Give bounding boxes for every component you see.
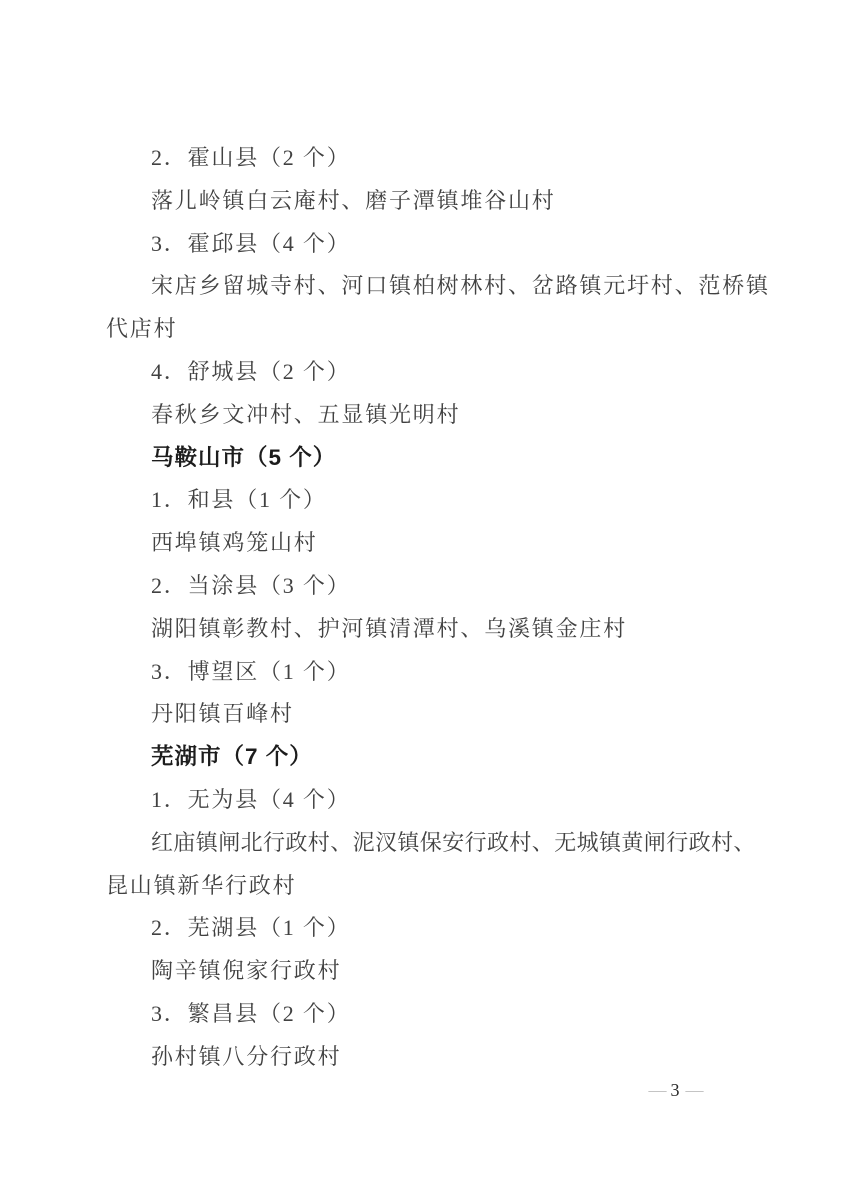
village-list-huoshan: 落儿岭镇白云庵村、磨子潭镇堆谷山村 <box>106 180 786 223</box>
county-heading-huoqiu: 3．霍邱县（4 个） <box>106 223 786 266</box>
county-heading-wuwei: 1．无为县（4 个） <box>106 779 786 822</box>
village-list-wuwei-cont: 昆山镇新华行政村 <box>106 865 786 908</box>
footer-left-dash: — <box>643 1080 671 1100</box>
document-body: 2．霍山县（2 个） 落儿岭镇白云庵村、磨子潭镇堆谷山村 3．霍邱县（4 个） … <box>106 137 786 1079</box>
county-heading-dangtu: 2．当涂县（3 个） <box>106 565 786 608</box>
village-list-hexian: 西埠镇鸡笼山村 <box>106 522 786 565</box>
village-list-huoqiu: 宋店乡留城寺村、河口镇柏树林村、岔路镇元圩村、范桥镇 <box>106 265 786 308</box>
footer-right-dash: — <box>680 1080 708 1100</box>
city-heading-maanshan: 马鞍山市（5 个） <box>106 437 786 480</box>
village-list-fanchang: 孙村镇八分行政村 <box>106 1036 786 1079</box>
document-page: 2．霍山县（2 个） 落儿岭镇白云庵村、磨子潭镇堆谷山村 3．霍邱县（4 个） … <box>0 0 848 1200</box>
village-list-wuwei: 红庙镇闸北行政村、泥汊镇保安行政村、无城镇黄闸行政村、 <box>106 822 786 865</box>
page-number: 3 <box>671 1080 680 1100</box>
village-list-huoqiu-cont: 代店村 <box>106 308 786 351</box>
county-heading-wuhuxian: 2．芜湖县（1 个） <box>106 907 786 950</box>
county-heading-huoshan: 2．霍山县（2 个） <box>106 137 786 180</box>
city-heading-wuhu: 芜湖市（7 个） <box>106 736 786 779</box>
village-list-dangtu: 湖阳镇彰教村、护河镇清潭村、乌溪镇金庄村 <box>106 608 786 651</box>
county-heading-shucheng: 4．舒城县（2 个） <box>106 351 786 394</box>
village-list-bowang: 丹阳镇百峰村 <box>106 693 786 736</box>
village-list-wuhuxian: 陶辛镇倪家行政村 <box>106 950 786 993</box>
page-footer: —3— <box>590 1078 760 1102</box>
county-heading-hexian: 1．和县（1 个） <box>106 479 786 522</box>
county-heading-bowang: 3．博望区（1 个） <box>106 651 786 694</box>
village-list-shucheng: 春秋乡文冲村、五显镇光明村 <box>106 394 786 437</box>
county-heading-fanchang: 3．繁昌县（2 个） <box>106 993 786 1036</box>
